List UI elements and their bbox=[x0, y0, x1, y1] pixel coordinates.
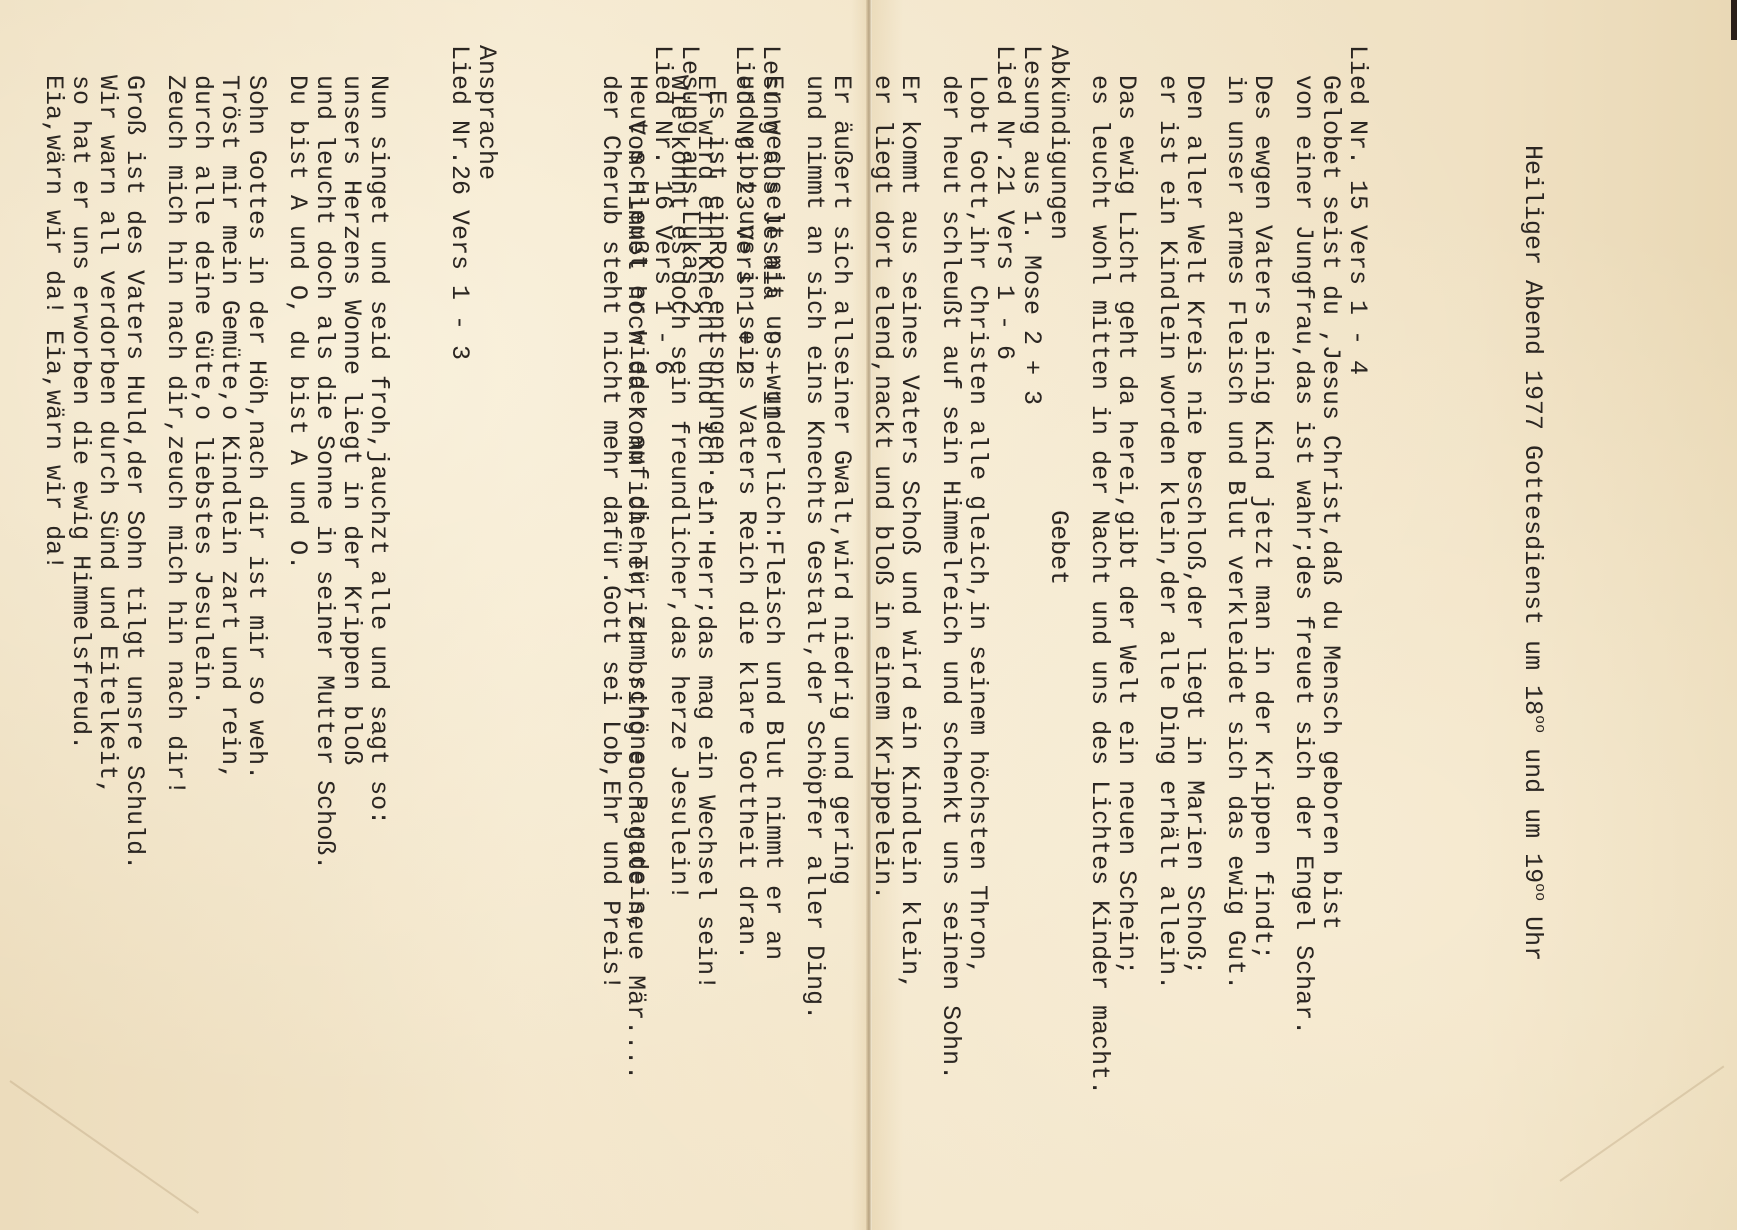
hymn-verse-line: er liegt dort elend,nackt und bloß in ei… bbox=[869, 45, 896, 1225]
order-item: Ansprache bbox=[473, 45, 500, 1225]
hymn-verse-line: Groß ist des Vaters Huld,der Sohn tilgt … bbox=[121, 45, 148, 1225]
hymn-heading: Lied Nr. 15 Vers 1 - 4 bbox=[1344, 45, 1371, 1225]
order-item: Es ist einRos entsprungen..... bbox=[703, 45, 730, 1225]
hymn-verse-line: Tröst mir mein Gemüte,o Kindlein zart un… bbox=[216, 45, 243, 1225]
order-item: Lied Nr.26 Vers 1 - 3 bbox=[446, 45, 473, 1225]
hymn-26-verses: Nun singet und seid froh,jauchzt alle un… bbox=[26, 45, 392, 1225]
hymn-verse-line: Er kommt aus seines Vaters Schoß und wir… bbox=[896, 45, 923, 1225]
hymn-verse-line: Des ewgen Vaters einig Kind jetzt man in… bbox=[1249, 45, 1276, 1225]
order-item: Lesung aus Lukas 2 bbox=[676, 45, 703, 1225]
order-item: Lesung aus 1. Mose 2 + 3 bbox=[1018, 45, 1045, 1225]
hymn-verse-line: Eia,wärn wir da! Eia,wärn wir da! bbox=[40, 45, 67, 1225]
order-item: Vom Himmel hoch da komm ich her,ich brin… bbox=[622, 45, 649, 1225]
hymn-verse-line: und leucht doch als die Sonne in seiner … bbox=[311, 45, 338, 1225]
order-of-service-sermon: AnspracheLied Nr.26 Vers 1 - 3 bbox=[446, 45, 500, 1225]
service-order-page-2: Lesung aus Jesaia 9 + 11Lied Nr. 23 Vers… bbox=[0, 45, 838, 1225]
order-of-service-readings: Lesung aus Jesaia 9 + 11Lied Nr. 23 Vers… bbox=[622, 45, 784, 1225]
hymn-verse-line: er ist ein Kindlein worden klein,der all… bbox=[1154, 45, 1181, 1225]
hymn-verse-line: Nun singet und seid froh,jauchzt alle un… bbox=[365, 45, 392, 1225]
hymn-verse-line: Lobt Gott,ihr Christen alle gleich,in se… bbox=[964, 45, 991, 1225]
hymn-verse-line: es leucht wohl mitten in der Nacht und u… bbox=[1086, 45, 1113, 1225]
hymn-verse-line: Zeuch mich hin nach dir,zeuch mich hin n… bbox=[162, 45, 189, 1225]
order-item: Lesung aus Jesaia 9 + 11 bbox=[757, 45, 784, 1225]
hymn-verse-line: Das ewig Licht geht da herei,gibt der We… bbox=[1113, 45, 1140, 1225]
hymn-verse-line: so hat er uns erworben die ewig Himmelsf… bbox=[67, 45, 94, 1225]
hymn-verse-line: Gelobet seist du ,Jesus Christ,daß du Me… bbox=[1317, 45, 1344, 1225]
hymn-verse-line: der heut schleußt auf sein Himmelreich u… bbox=[937, 45, 964, 1225]
document-title: Heiliger Abend 1977 Gottesdienst um 18oo… bbox=[1519, 45, 1546, 1225]
order-item: Lied Nr. 16 Vers 1 - 6 bbox=[649, 45, 676, 1225]
order-item: Abkündigungen Gebet bbox=[1045, 45, 1072, 1225]
order-item: Lied Nr.21 Vers 1 - 6 bbox=[991, 45, 1018, 1225]
hymn-verse-line: von einer Jungfrau,das ist wahr;des freu… bbox=[1290, 45, 1317, 1225]
hymn-verse-line: Sohn Gottes in der Höh,nach dir ist mir … bbox=[243, 45, 270, 1225]
hymn-verse-line: Wir warn all verdorben durch Sünd und Ei… bbox=[94, 45, 121, 1225]
hymn-verse-line: Du bist A und O, du bist A und O. bbox=[284, 45, 311, 1225]
hymn-verse-line: unsers Herzens Wonne liegt in der Krippe… bbox=[338, 45, 365, 1225]
order-item: Lied Nr. 23 Vers 1 + 2 bbox=[730, 45, 757, 1225]
hymn-verse-line: Den aller Welt Kreis nie beschloß,der li… bbox=[1181, 45, 1208, 1225]
hymn-verse-line: in unser armes Fleisch und Blut verkleid… bbox=[1222, 45, 1249, 1225]
hymn-verse-line: durch alle deine Güte,o liebstes Jesulei… bbox=[189, 45, 216, 1225]
scan-edge-shadow bbox=[1731, 0, 1737, 40]
